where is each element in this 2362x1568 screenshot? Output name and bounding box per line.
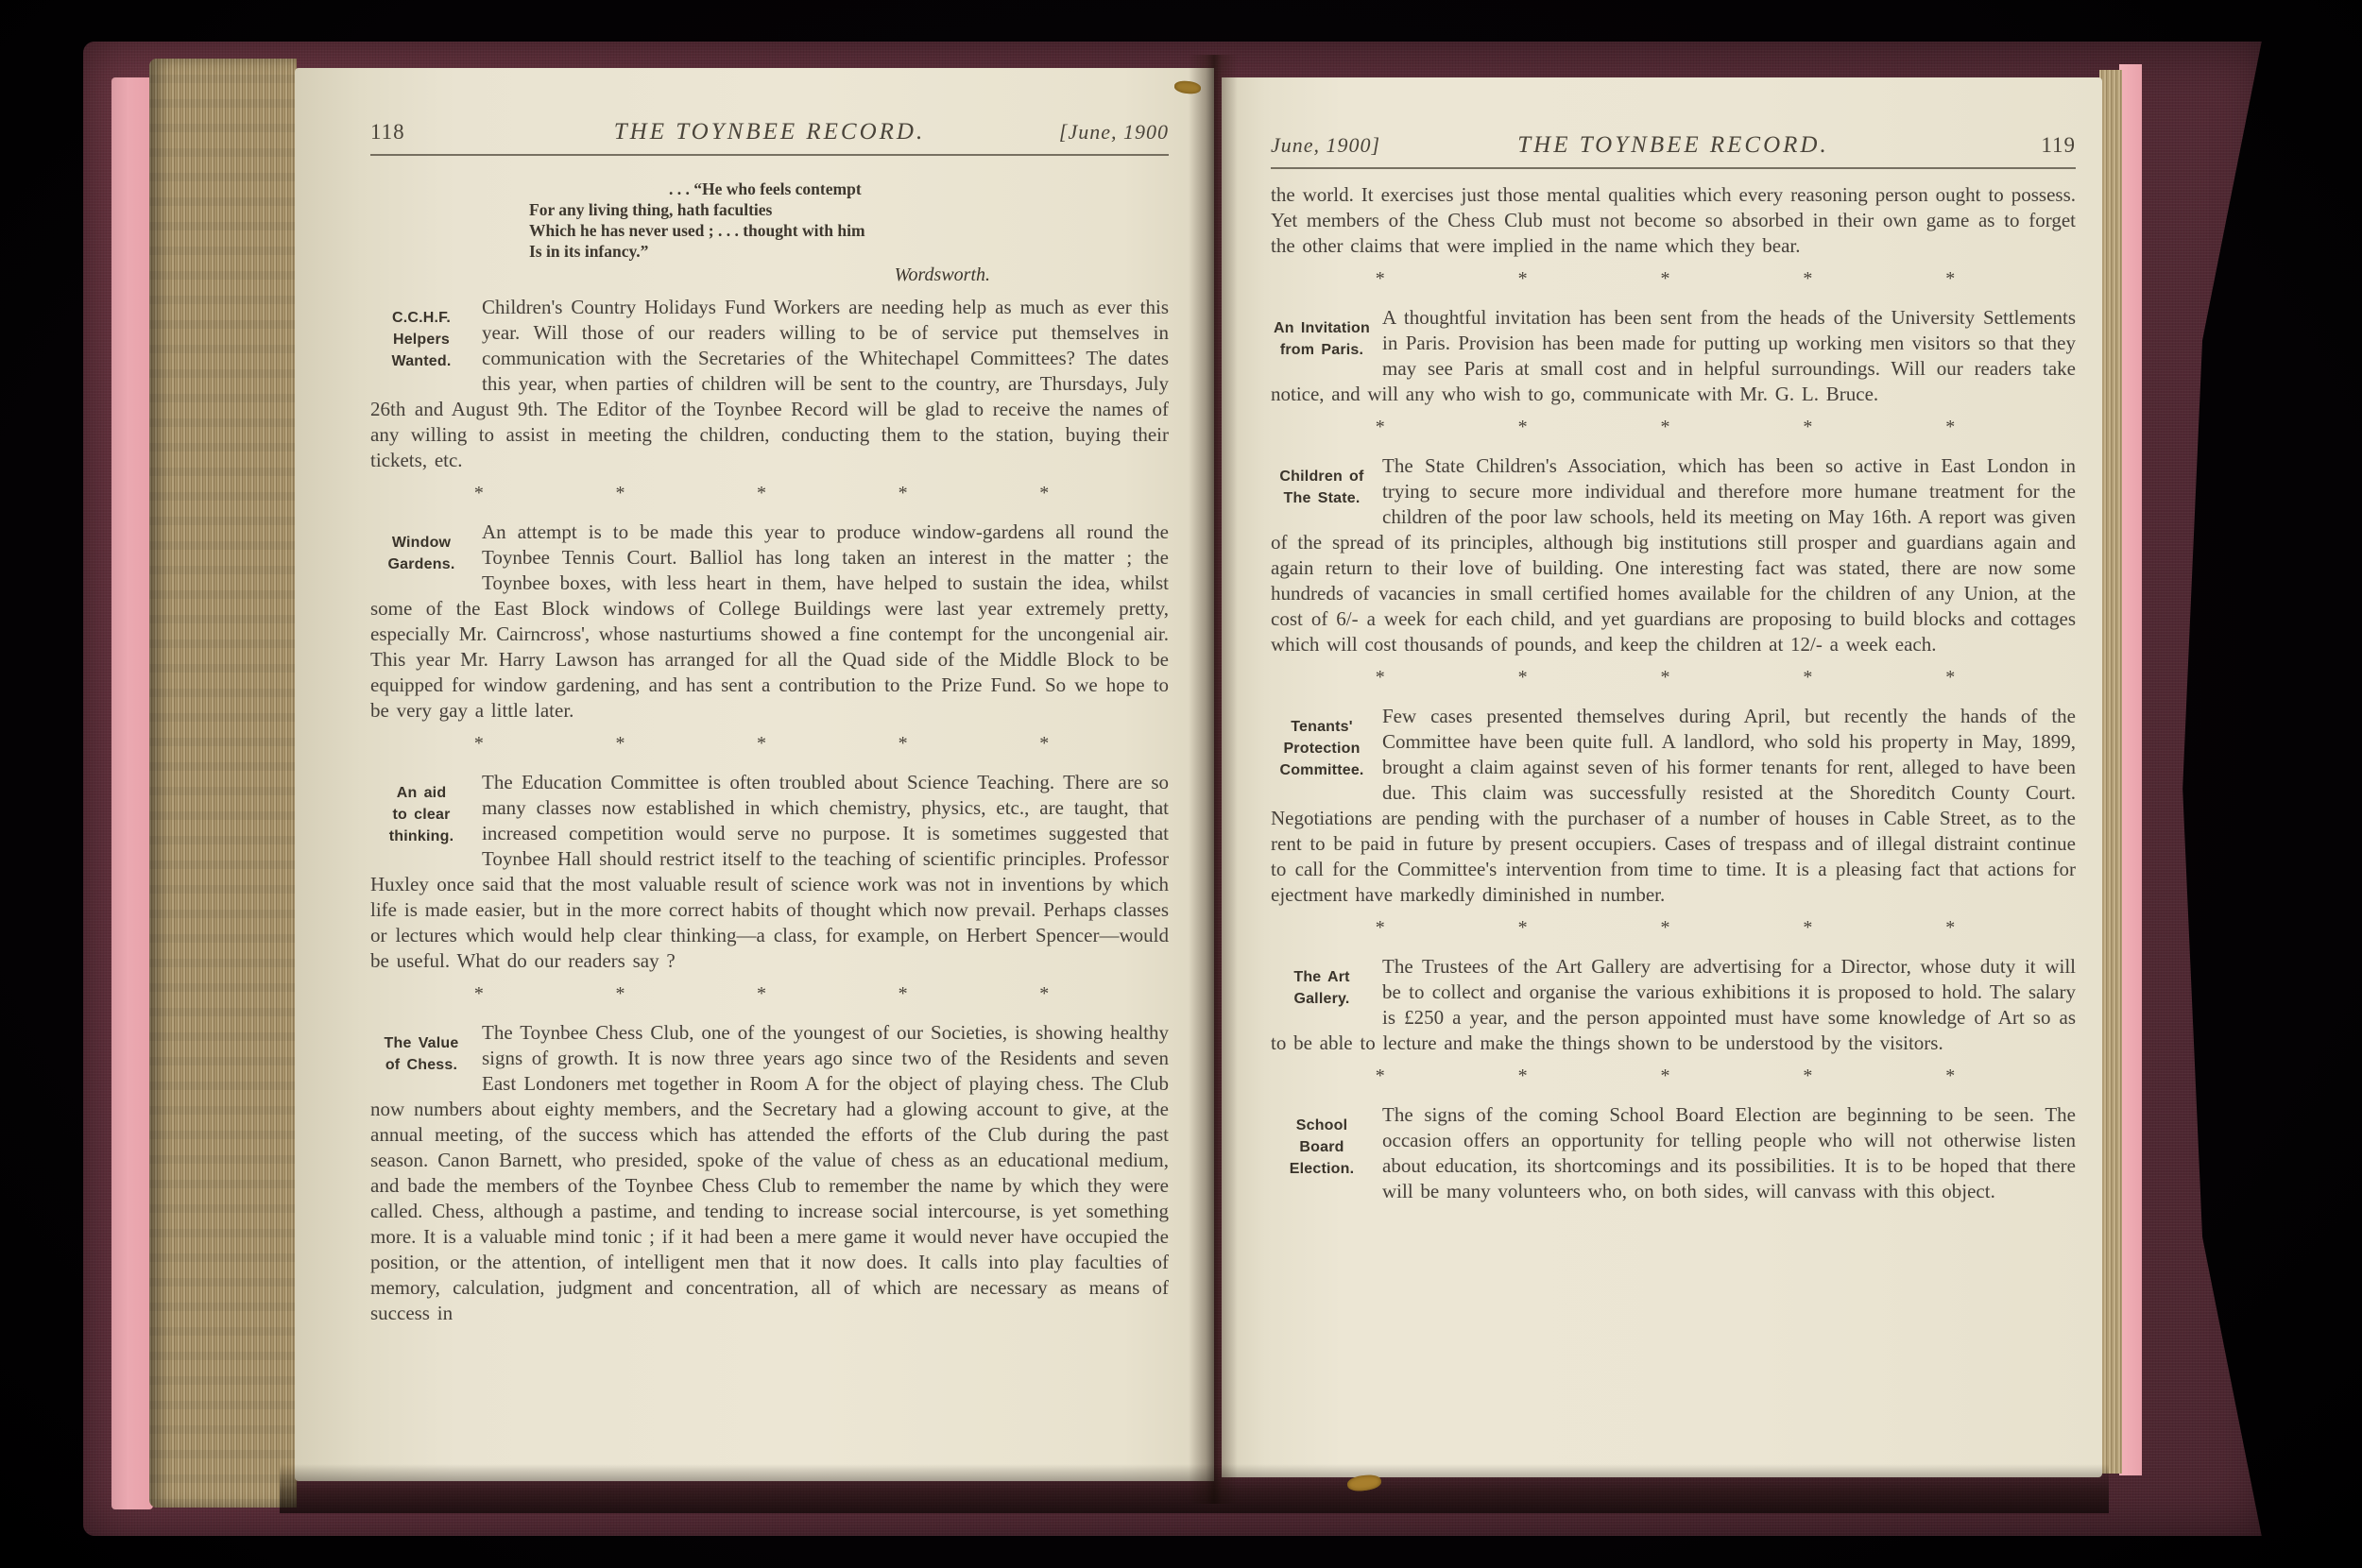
asterisk: * [757,731,766,757]
epigraph: . . . “He who feels contempt For any liv… [529,179,994,285]
section-label: Tenants' Protection Committee. [1271,704,1382,806]
section-the-art-gallery: The Art Gallery. The Trustees of the Art… [1271,954,2076,1056]
section-cchf-helpers-wanted: C.C.H.F. Helpers Wanted. Children's Coun… [370,295,1169,473]
asterisk: * [1376,1064,1385,1089]
asterisk: * [1803,915,1812,941]
header-rule [1271,167,2076,169]
section-body: The State Children's Association, which … [1271,453,2076,657]
epigraph-line: For any living thing, hath faculties [529,199,994,220]
section-separator: ***** [1271,259,2076,296]
asterisk: * [1660,665,1669,690]
section-body: The Trustees of the Art Gallery are adve… [1271,954,2076,1056]
left-page: 118 THE TOYNBEE RECORD. [June, 1900 . . … [295,68,1214,1481]
asterisk: * [1376,915,1385,941]
issue-date: June, 1900] [1271,133,1431,158]
section-label: Window Gardens. [370,520,482,596]
asterisk: * [1518,665,1528,690]
section-separator: ***** [370,724,1169,760]
asterisk: * [1376,266,1385,292]
section-body: Children's Country Holidays Fund Workers… [370,295,1169,473]
asterisk: * [899,981,908,1007]
asterisk: * [474,981,484,1007]
left-page-content: 118 THE TOYNBEE RECORD. [June, 1900 . . … [295,68,1214,1481]
asterisk: * [1945,665,1955,690]
epigraph-line: Which he has never used ; . . . thought … [529,220,994,241]
asterisk: * [1376,665,1385,690]
asterisk: * [1518,266,1528,292]
section-school-board-election: School Board Election. The signs of the … [1271,1102,2076,1204]
asterisk: * [615,731,625,757]
section-separator: ***** [1271,407,2076,444]
chess-paragraph-continuation: the world. It exercises just those menta… [1271,182,2076,259]
right-page-header: June, 1900] THE TOYNBEE RECORD. 119 [1271,132,2076,159]
journal-title: THE TOYNBEE RECORD. [531,119,1008,145]
asterisk: * [1660,415,1669,440]
left-page-edges-stack [149,59,297,1508]
asterisk: * [899,481,908,506]
section-label: C.C.H.F. Helpers Wanted. [370,295,482,397]
section-body: An attempt is to be made this year to pr… [370,520,1169,724]
right-endpaper [2119,64,2142,1475]
asterisk: * [1803,1064,1812,1089]
epigraph-line: . . . “He who feels contempt [529,179,994,199]
asterisk: * [615,481,625,506]
asterisk: * [1803,266,1812,292]
section-body: The Education Committee is often trouble… [370,770,1169,974]
journal-title: THE TOYNBEE RECORD. [1431,132,1915,159]
left-endpaper [111,77,153,1509]
asterisk: * [474,731,484,757]
section-label: Children of The State. [1271,453,1382,530]
section-window-gardens: Window Gardens. An attempt is to be made… [370,520,1169,724]
section-label: An aid to clear thinking. [370,770,482,872]
asterisk: * [1039,981,1049,1007]
asterisk: * [1803,415,1812,440]
asterisk: * [1945,266,1955,292]
issue-date: [June, 1900 [1008,120,1169,145]
header-rule [370,154,1169,156]
section-separator: ***** [1271,1056,2076,1093]
epigraph-line: Is in its infancy.” [529,241,994,262]
right-page-edges-stack [2099,70,2122,1474]
section-separator: ***** [1271,908,2076,945]
asterisk: * [1039,731,1049,757]
section-separator: ***** [370,974,1169,1011]
asterisk: * [1803,665,1812,690]
section-label: An Invitation from Paris. [1271,305,1382,382]
page-number: 118 [370,120,531,145]
epigraph-attribution: Wordsworth. [529,264,994,285]
asterisk: * [757,981,766,1007]
section-children-of-the-state: Children of The State. The State Childre… [1271,453,2076,657]
bottom-page-shadow [280,1464,2109,1513]
section-tenants-protection-committee: Tenants' Protection Committee. Few cases… [1271,704,2076,908]
center-gutter-shadow [1189,55,1238,1504]
left-page-header: 118 THE TOYNBEE RECORD. [June, 1900 [370,119,1169,145]
section-an-aid-to-clear-thinking: An aid to clear thinking. The Education … [370,770,1169,974]
section-separator: ***** [1271,657,2076,694]
asterisk: * [1945,1064,1955,1089]
asterisk: * [1660,266,1669,292]
asterisk: * [757,481,766,506]
page-number: 119 [1915,133,2076,158]
asterisk: * [1945,915,1955,941]
asterisk: * [1660,915,1669,941]
asterisk: * [1376,415,1385,440]
section-body: Few cases presented themselves during Ap… [1271,704,2076,908]
book-photo-scene: 118 THE TOYNBEE RECORD. [June, 1900 . . … [0,0,2362,1568]
section-separator: ***** [370,473,1169,510]
asterisk: * [1945,415,1955,440]
asterisk: * [1518,415,1528,440]
asterisk: * [474,481,484,506]
section-label: The Art Gallery. [1271,954,1382,1031]
section-body: The Toynbee Chess Club, one of the young… [370,1020,1169,1326]
asterisk: * [1518,1064,1528,1089]
section-the-value-of-chess: The Value of Chess. The Toynbee Chess Cl… [370,1020,1169,1326]
section-body: The signs of the coming School Board Ele… [1271,1102,2076,1204]
asterisk: * [1660,1064,1669,1089]
section-label: The Value of Chess. [370,1020,482,1097]
asterisk: * [1518,915,1528,941]
section-body: A thoughtful invitation has been sent fr… [1271,305,2076,407]
right-page: June, 1900] THE TOYNBEE RECORD. 119 the … [1222,77,2102,1477]
right-page-content: June, 1900] THE TOYNBEE RECORD. 119 the … [1222,77,2102,1477]
section-label: School Board Election. [1271,1102,1382,1204]
asterisk: * [615,981,625,1007]
section-an-invitation-from-paris: An Invitation from Paris. A thoughtful i… [1271,305,2076,407]
asterisk: * [899,731,908,757]
asterisk: * [1039,481,1049,506]
